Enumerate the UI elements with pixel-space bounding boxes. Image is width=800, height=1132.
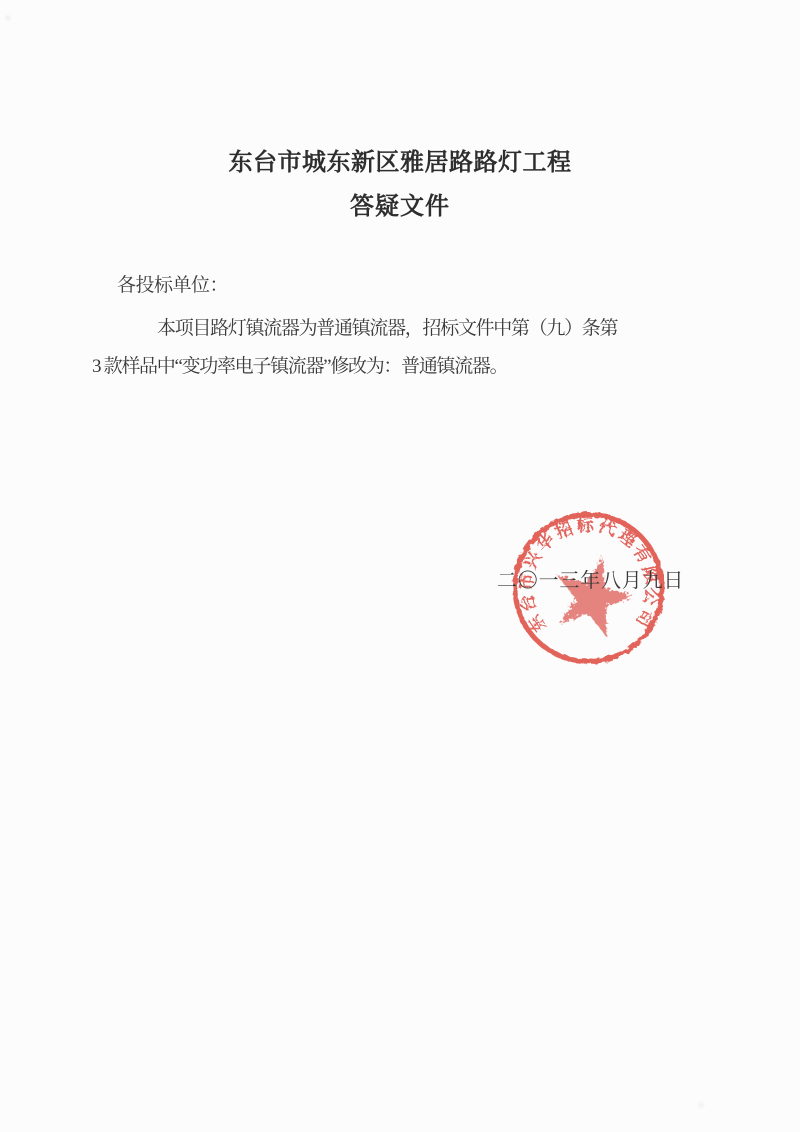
star-icon xyxy=(545,547,642,641)
body-text-line-2: 3 款样品中“变功率电子镇流器”修改为：普通镇流器。 xyxy=(92,351,507,378)
document-date: 二〇一三年八月九日 xyxy=(497,564,684,593)
document-title: 东台市城东新区雅居路路灯工程 xyxy=(0,142,800,177)
document-subtitle: 答疑文件 xyxy=(0,186,800,221)
scanned-document-page: 东台市城东新区雅居路路灯工程 答疑文件 各投标单位： 本项目路灯镇流器为普通镇流… xyxy=(0,0,800,1132)
body-text-line-1: 本项目路灯镇流器为普通镇流器，招标文件中第（九）条第 xyxy=(157,313,617,340)
salutation-line: 各投标单位： xyxy=(117,270,228,297)
